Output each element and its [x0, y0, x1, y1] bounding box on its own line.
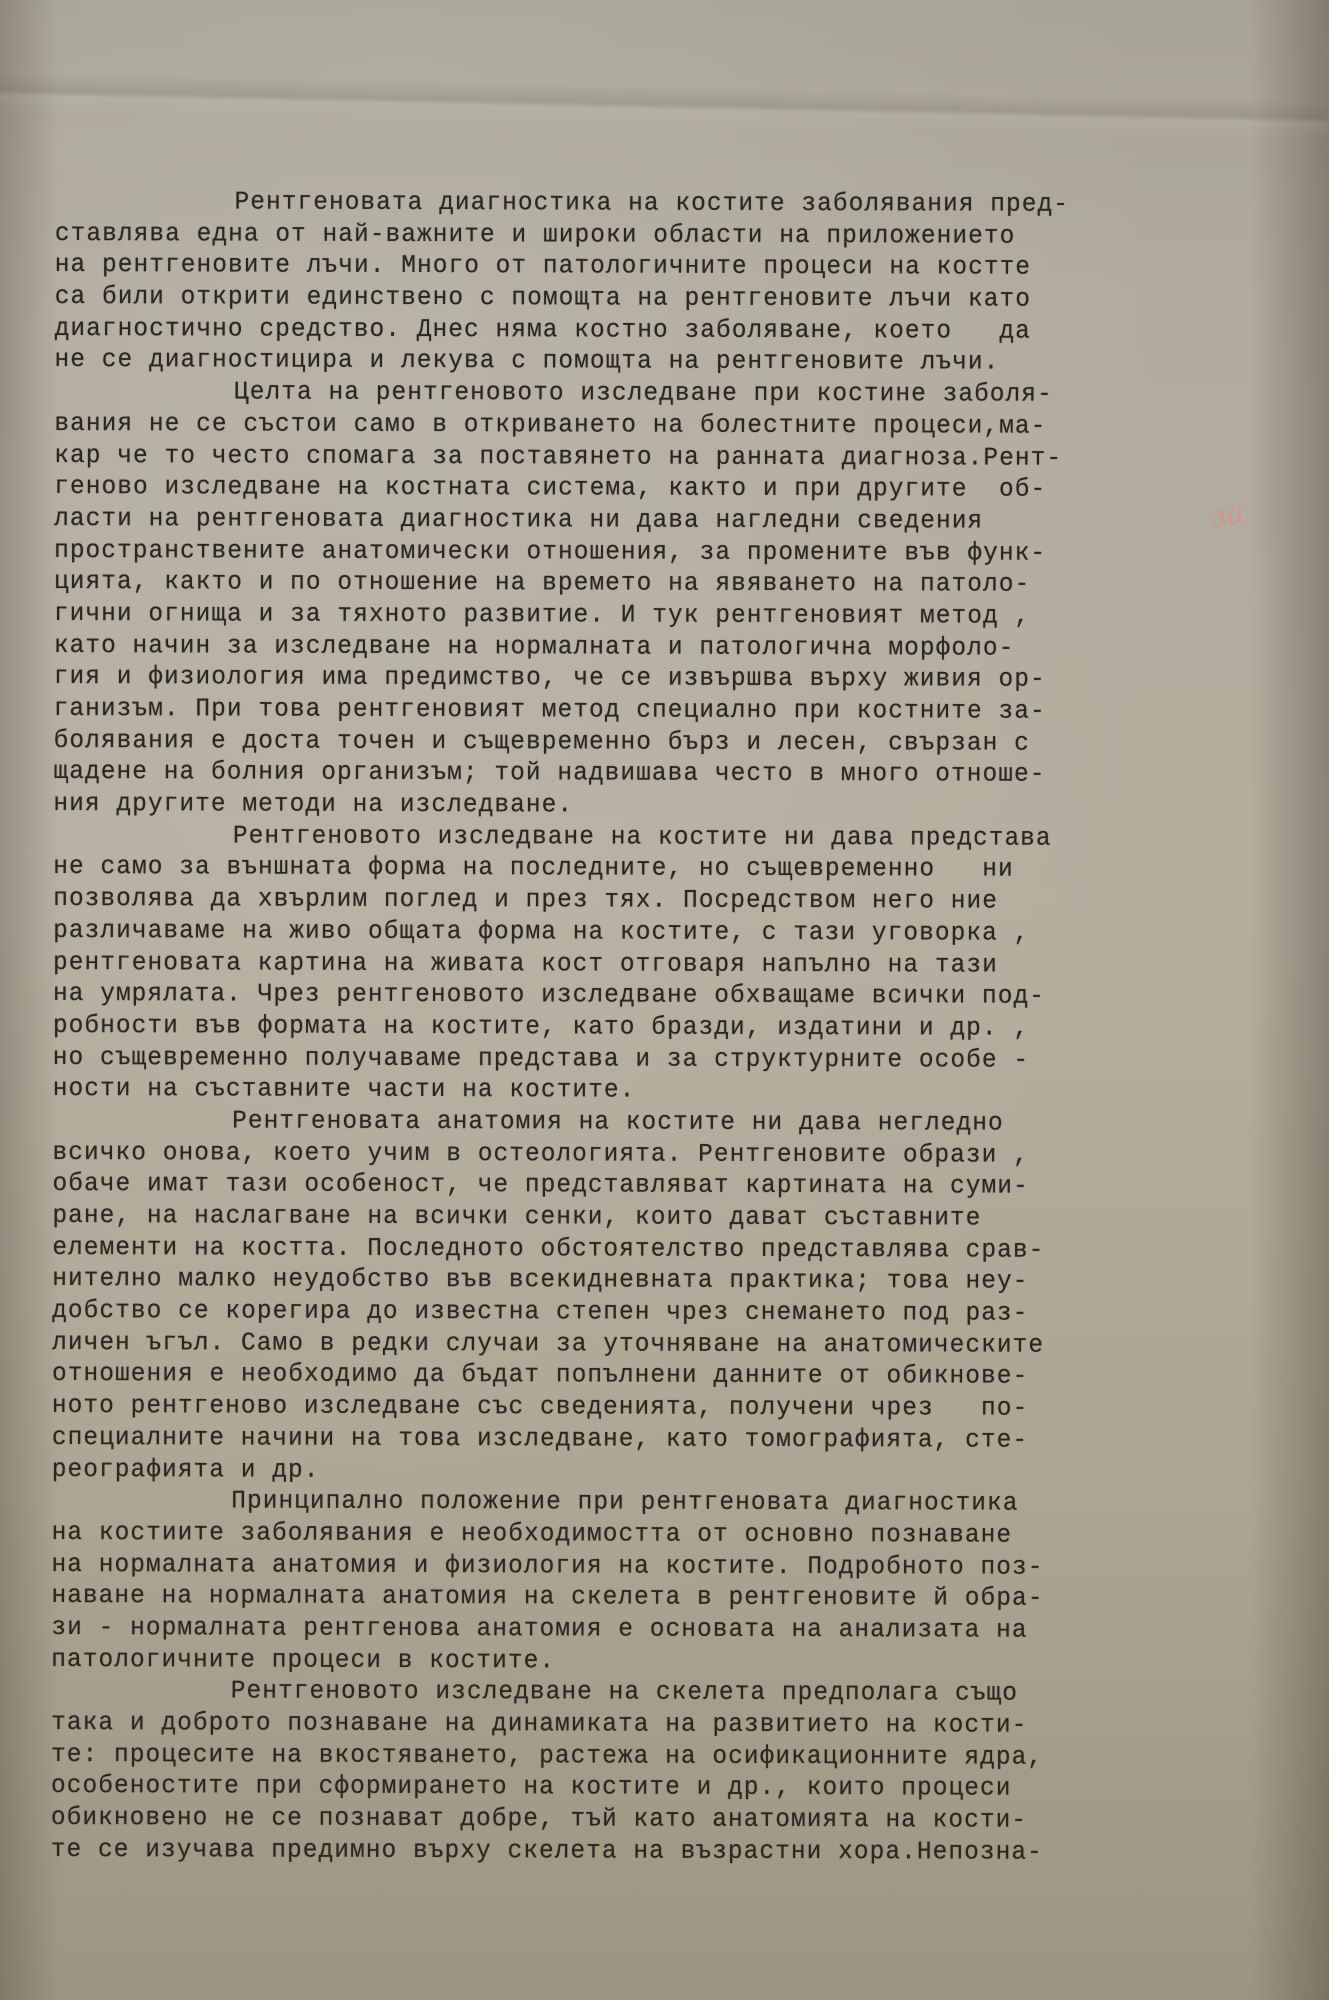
text-line: кар че то често спомага за поставянето н… [54, 439, 1244, 474]
text-line: отношения е необходимо да бъдат попълнен… [52, 1358, 1242, 1393]
text-line: но същевременно получаваме представа и з… [53, 1042, 1243, 1077]
text-line: Рентгеновата диагностика на костите забо… [55, 186, 1245, 221]
text-line: геново изследване на костната система, к… [54, 471, 1244, 506]
text-line: всичко онова, което учим в остеологията.… [53, 1137, 1243, 1172]
paragraph: Принципално положение при рентгеновата д… [51, 1485, 1242, 1678]
text-line: на рентгеновите лъчи. Много от патологич… [55, 249, 1245, 284]
paragraph: Рентгеновото изследване на костите ни да… [53, 820, 1244, 1108]
text-line: гични огнища и за тяхното развитие. И ту… [54, 598, 1244, 633]
document-body: Рентгеновата диагностика на костите забо… [51, 186, 1246, 1869]
paragraph: Целта на рентгеновото изследване при кос… [53, 376, 1245, 823]
text-line: обикновено не се познават добре, тъй кат… [51, 1802, 1241, 1837]
text-line: специалните начини на това изследване, к… [52, 1422, 1242, 1457]
text-line: различаваме на живо общата форма на кост… [53, 915, 1243, 950]
text-line: рентгеновата картина на живата кост отго… [53, 946, 1243, 981]
text-line: елементи на костта. Последното обстоятел… [52, 1232, 1242, 1267]
text-line: те се изучава предимно върху скелета на … [51, 1834, 1241, 1869]
text-line: позволява да хвърлим поглед и през тях. … [53, 883, 1243, 918]
text-line: гия и физиология има предимство, че се и… [54, 661, 1244, 696]
text-line: ния другите методи на изследване. [53, 788, 1243, 823]
text-line: нително малко неудобство във всекидневна… [52, 1263, 1242, 1298]
paragraph: Рентгеновата анатомия на костите ни дава… [52, 1105, 1243, 1488]
text-line: диагностично средство. Днес няма костно … [55, 313, 1245, 348]
text-line: робности във формата на костите, като бр… [53, 1010, 1243, 1045]
text-line: ното рентгеново изследване със сведеният… [52, 1390, 1242, 1425]
paragraph: Рентгеновата диагностика на костите забо… [55, 186, 1246, 379]
text-line: не се диагностицира и лекува с помощта н… [55, 344, 1245, 379]
text-line: ганизъм. При това рентгеновият метод спе… [54, 693, 1244, 728]
text-line: патологичните процеси в костите. [51, 1644, 1241, 1679]
text-line: ности на съставните части на костите. [53, 1073, 1243, 1108]
text-line: Рентгеновото изследване на скелета предп… [51, 1675, 1241, 1710]
text-line: наване на нормалната анатомия на скелета… [51, 1580, 1241, 1615]
text-line: личен ъгъл. Само в редки случаи за уточн… [52, 1327, 1242, 1362]
text-line: пространствените анатомически отношения,… [54, 535, 1244, 570]
text-line: на умрялата. Чрез рентгеновото изследван… [53, 978, 1243, 1013]
text-line: са били открити единствено с помощта на … [55, 281, 1245, 316]
text-line: добство се корегира до известна степен ч… [52, 1295, 1242, 1330]
text-line: реографията и др. [52, 1453, 1242, 1488]
text-line: не само за външната форма на последните,… [53, 851, 1243, 886]
text-line: зи - нормалната рентгенова анатомия е ос… [51, 1612, 1241, 1647]
paper-fold-shadow [0, 72, 1329, 140]
text-line: така и доброто познаване на динамиката н… [51, 1707, 1241, 1742]
text-line: Рентгеновата анатомия на костите ни дава… [53, 1105, 1243, 1140]
typewritten-page: Рентгеновата диагностика на костите забо… [0, 0, 1329, 2000]
text-line: Целта на рентгеновото изследване при кос… [54, 376, 1244, 411]
text-line: ласти на рентгеновата диагностика ни дав… [54, 503, 1244, 538]
text-line: обаче имат тази особеност, че представля… [52, 1168, 1242, 1203]
text-line: болявания е доста точен и същевременно б… [54, 725, 1244, 760]
text-line: щадене на болния организъм; той надвишав… [53, 756, 1243, 791]
text-line: цията, както и по отношение на времето н… [54, 566, 1244, 601]
text-line: ране, на наслагване на всички сенки, кои… [52, 1200, 1242, 1235]
text-line: Рентгеновото изследване на костите ни да… [53, 820, 1243, 855]
text-line: вания не се състои само в откриването на… [54, 408, 1244, 443]
handwritten-margin-note: за [1207, 495, 1248, 536]
text-line: на нормалната анатомия и физиология на к… [51, 1549, 1241, 1584]
text-line: Принципално положение при рентгеновата д… [52, 1485, 1242, 1520]
text-line: те: процесите на вкостяването, растежа н… [51, 1739, 1241, 1774]
text-line: на костиите заболявания е необходимостта… [52, 1517, 1242, 1552]
text-line: ставлява една от най-важните и широки об… [55, 218, 1245, 253]
text-line: особеностите при сформирането на костите… [51, 1770, 1241, 1805]
paragraph: Рентгеновото изследване на скелета предп… [51, 1675, 1242, 1868]
text-line: като начин за изследване на нормалната и… [54, 630, 1244, 665]
